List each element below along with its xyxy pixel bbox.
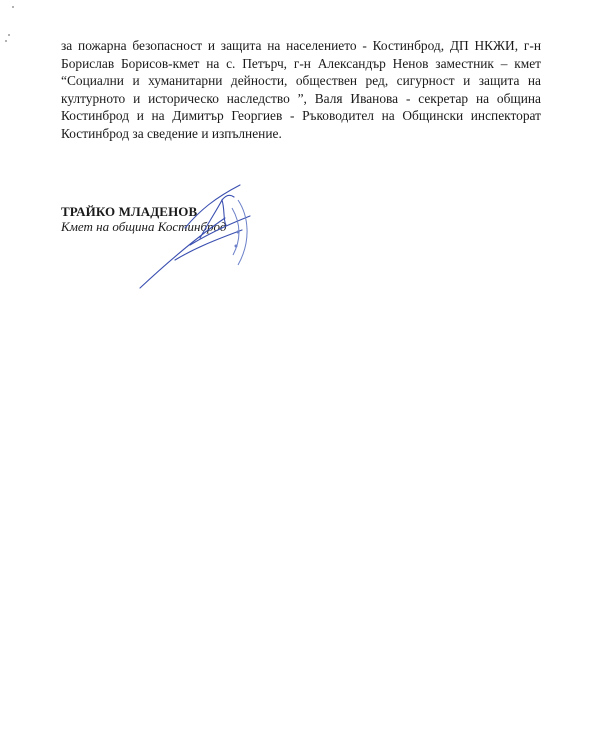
signatory-title: Кмет на община Костинброд [61,219,226,235]
scan-speck [12,6,14,8]
signature-icon [140,185,250,288]
distribution-paragraph: за пожарна безопасност и защита на насел… [61,37,541,143]
handwritten-signature-and-stamp [130,180,260,300]
scan-speck [8,34,10,36]
scan-speck [5,40,7,42]
signatory-name: ТРАЙКО МЛАДЕНОВ [61,204,197,220]
stamp-icon [232,200,247,265]
document-page: за пожарна безопасност и защита на насел… [0,0,600,733]
